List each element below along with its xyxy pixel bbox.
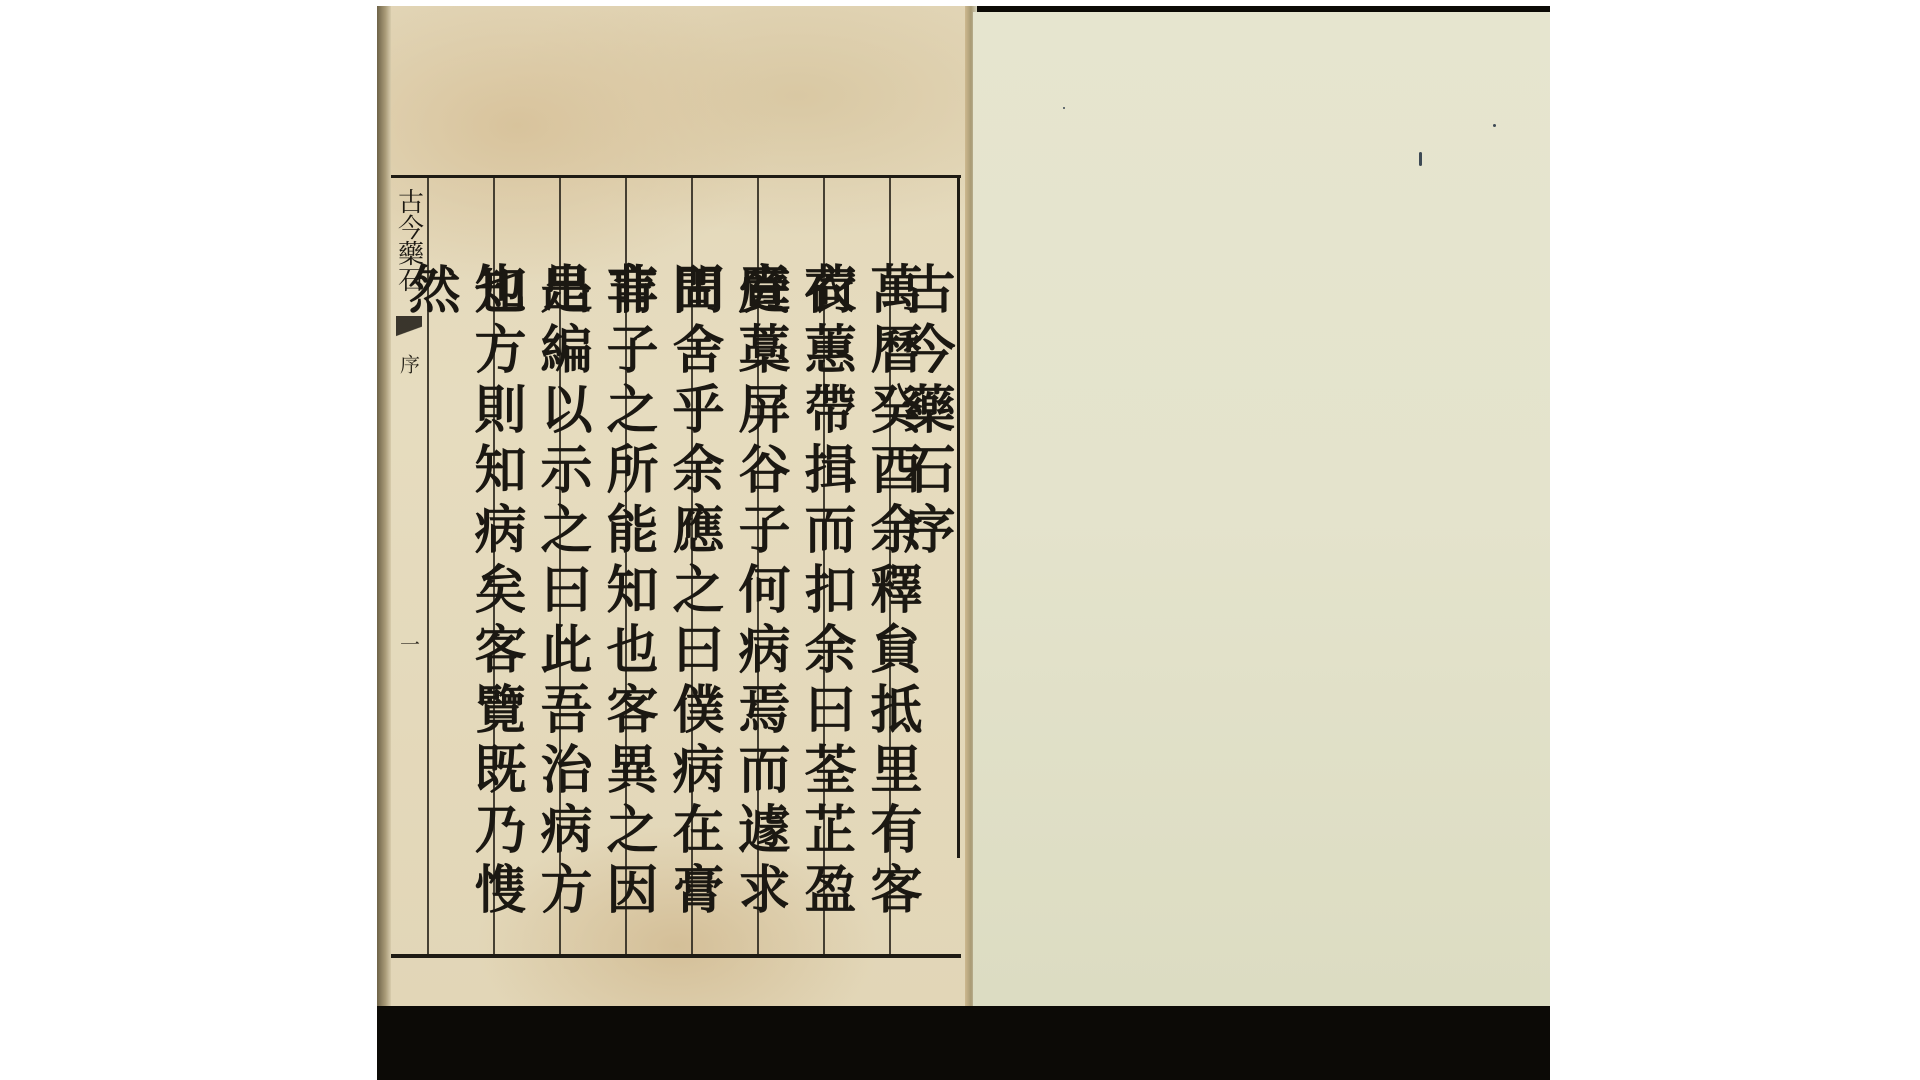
right-page-blank <box>973 12 1550 1006</box>
text-frame: 古今藥石 序 一 古今藥石序 萬曆癸酉余釋貟抵里有客荷 衣蕙帶揖而扣余曰荃芷盈庭 <box>391 175 961 958</box>
ink-fleck <box>1063 107 1065 109</box>
frame-right-border <box>957 178 960 858</box>
ink-fleck <box>1493 124 1496 127</box>
book-scan: 古今藥石 序 一 古今藥石序 萬曆癸酉余釋貟抵里有客荷 衣蕙帶揖而扣余曰荃芷盈庭 <box>377 6 1550 1080</box>
ink-fleck <box>1419 152 1422 166</box>
column-text: 知方則知病矣客覽既乃愯然 <box>396 262 528 954</box>
left-page: 古今藥石 序 一 古今藥石序 萬曆癸酉余釋貟抵里有客荷 衣蕙帶揖而扣余曰荃芷盈庭 <box>377 6 973 1006</box>
page-edge <box>377 6 391 1006</box>
text-column: 知方則知病矣客覽既乃愯然 <box>429 178 495 954</box>
